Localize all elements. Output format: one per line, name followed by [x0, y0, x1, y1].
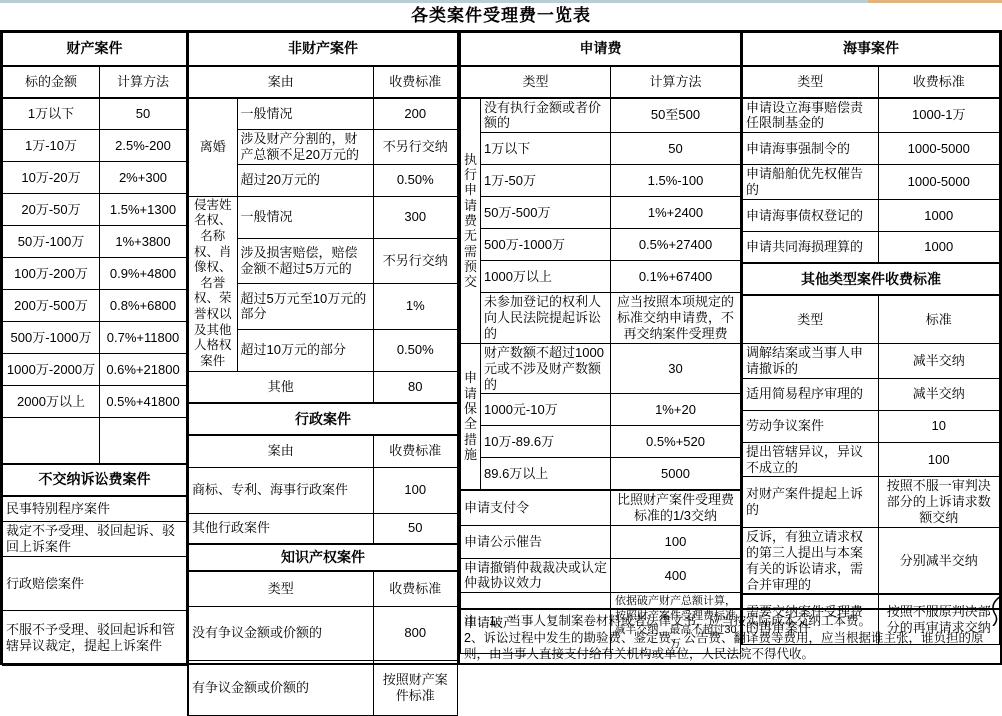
callout-brace-icon [986, 596, 1002, 626]
amount-cell: 1000万-2000万 [3, 354, 100, 386]
table-row: 申请海事强制令的1000-5000 [742, 133, 1000, 165]
cause-cell: 其他行政案件 [188, 513, 373, 544]
table-row: 未参加登记的权利人向人民法院提起诉讼的应当按照本项规定的标准交纳申请费，不再交纳… [461, 293, 741, 344]
table-row: 20万-50万1.5%+1300 [3, 194, 187, 226]
table-row: 89.6万以上5000 [461, 458, 741, 490]
fee-cell: 1% [373, 284, 458, 330]
type-cell: 申请设立海事赔偿责任限制基金的 [742, 98, 878, 133]
amount-column-header: 标的金额 [3, 66, 100, 98]
calc-cell: 1%+20 [611, 394, 741, 426]
property-section-header: 财产案件 [3, 33, 187, 66]
table-row: 商标、专利、海事行政案件100 [188, 467, 458, 513]
table-row: 离婚 一般情况 200 [188, 98, 458, 130]
no-fee-case-cell: 行政赔偿案件 [3, 557, 187, 611]
type-cell: 申请支付令 [461, 490, 611, 525]
application-fees-table: 申请费 类型 计算方法 执行申请费无需预交 没有执行金额或者价额的 50至500… [460, 32, 741, 654]
type-column-header: 类型 [742, 295, 878, 343]
cause-cell: 涉及财产分割的，财产总额不足20万元的 [237, 130, 373, 165]
cause-cell: 一般情况 [237, 196, 373, 238]
application-maritime-row: 申请费 类型 计算方法 执行申请费无需预交 没有执行金额或者价额的 50至500… [460, 32, 1000, 608]
type-cell: 没有执行金额或者价额的 [481, 98, 611, 133]
execution-fee-vertical-label: 执行申请费无需预交 [461, 98, 481, 344]
table-row: 200万-500万0.8%+6800 [3, 290, 187, 322]
standard-cell: 按照不服一审判决部分的上诉请求数额交纳 [878, 477, 1000, 528]
fee-cell: 200 [373, 98, 458, 130]
type-column-header: 类型 [461, 66, 611, 98]
method-cell: 0.5%+41800 [100, 386, 187, 418]
table-row: 申请撤销仲裁裁决或认定仲裁协议效力400 [461, 558, 741, 593]
type-cell: 没有争议金额或价额的 [188, 606, 373, 660]
method-cell: 2.5%-200 [100, 130, 187, 162]
table-row: 裁定不予受理、驳回起诉、驳回上诉案件 [3, 522, 187, 557]
type-cell: 申请海事强制令的 [742, 133, 878, 165]
no-fee-case-cell: 不服不予受理、驳回起诉和管辖异议裁定，提起上诉案件 [3, 611, 187, 666]
fee-cell: 按照财产案件标准 [373, 660, 458, 715]
standard-cell: 减半交纳 [878, 343, 1000, 378]
preservation-vertical-label: 申请保全措施 [461, 343, 481, 490]
table-row: 1万-50万1.5%-100 [461, 165, 741, 197]
method-cell: 0.9%+4800 [100, 258, 187, 290]
type-cell: 申请船舶优先权催告的 [742, 165, 878, 200]
table-row [3, 418, 187, 464]
fee-cell: 800 [373, 606, 458, 660]
type-cell: 89.6万以上 [481, 458, 611, 490]
fee-cell: 300 [373, 196, 458, 238]
table-row: 有争议金额或价额的按照财产案件标准 [188, 660, 458, 715]
footnotes: 注：1、当事人复制案卷材料或者法律文书，应当按实际成本交纳工本费。 2、诉讼过程… [460, 608, 1000, 663]
fee-cell: 1000-5000 [878, 165, 1000, 200]
calc-cell: 应当按照本项规定的标准交纳申请费，不再交纳案件受理费 [611, 293, 741, 344]
type-cell: 适用简易程序审理的 [742, 378, 878, 410]
table-row: 2000万以上0.5%+41800 [3, 386, 187, 418]
no-fee-case-cell: 裁定不予受理、驳回起诉、驳回上诉案件 [3, 522, 187, 557]
type-column-header: 类型 [742, 66, 878, 98]
maritime-section-header: 海事案件 [742, 33, 1000, 66]
type-cell: 调解结案或当事人申请撤诉的 [742, 343, 878, 378]
method-cell: 2%+300 [100, 162, 187, 194]
standard-cell: 减半交纳 [878, 378, 1000, 410]
table-row: 申请共同海损理算的1000 [742, 231, 1000, 263]
note-line-1: 注：1、当事人复制案卷材料或者法律文书，应当按实际成本交纳工本费。 [464, 613, 998, 630]
type-cell: 1000元-10万 [481, 394, 611, 426]
fee-column-header: 收费标准 [373, 571, 458, 606]
table-row: 执行申请费无需预交 没有执行金额或者价额的 50至500 [461, 98, 741, 133]
method-cell: 0.8%+6800 [100, 290, 187, 322]
cause-column-header: 案由 [188, 435, 373, 467]
amount-cell: 2000万以上 [3, 386, 100, 418]
type-cell: 对财产案件提起上诉的 [742, 477, 878, 528]
type-cell: 1万以下 [481, 133, 611, 165]
standard-column-header: 标准 [878, 295, 1000, 343]
standard-cell: 分别减半交纳 [878, 527, 1000, 594]
calc-cell: 400 [611, 558, 741, 593]
type-cell: 50万-500万 [481, 197, 611, 229]
table-row: 申请公示催告100 [461, 525, 741, 558]
page-title: 各类案件受理费一览表 [0, 3, 1002, 30]
calc-cell: 5000 [611, 458, 741, 490]
infringement-label-cell: 侵害姓名权、名称权、肖像权、名誉权、荣誉权以及其他人格权案件 [188, 196, 237, 371]
table-row: 500万-1000万0.5%+27400 [461, 229, 741, 261]
type-cell: 财产数额不超过1000元或不涉及财产数额的 [481, 343, 611, 394]
fee-cell: 0.50% [373, 329, 458, 371]
cause-column-header: 案由 [188, 66, 373, 98]
type-cell: 10万-89.6万 [481, 426, 611, 458]
calc-cell: 50 [611, 133, 741, 165]
table-row: 1万-10万2.5%-200 [3, 130, 187, 162]
type-cell: 申请撤销仲裁裁决或认定仲裁协议效力 [461, 558, 611, 593]
no-fee-section-header: 不交纳诉讼费案件 [3, 464, 187, 496]
non-property-section-header: 非财产案件 [188, 33, 458, 66]
amount-cell: 500万-1000万 [3, 322, 100, 354]
method-cell: 1%+3800 [100, 226, 187, 258]
other-types-section-header: 其他类型案件收费标准 [742, 263, 1000, 295]
cause-cell: 超过10万元的部分 [237, 329, 373, 371]
type-cell: 申请海事债权登记的 [742, 199, 878, 231]
fee-cell: 1000 [878, 231, 1000, 263]
fee-column-header: 收费标准 [878, 66, 1000, 98]
fee-cell: 1000-5000 [878, 133, 1000, 165]
fee-cell: 1000-1万 [878, 98, 1000, 133]
type-cell: 有争议金额或价额的 [188, 660, 373, 715]
method-cell: 0.7%+11800 [100, 322, 187, 354]
calc-cell: 0.5%+520 [611, 426, 741, 458]
table-row: 10万-20万2%+300 [3, 162, 187, 194]
cause-cell: 商标、专利、海事行政案件 [188, 467, 373, 513]
type-column-header: 类型 [188, 571, 373, 606]
table-row: 申请保全措施 财产数额不超过1000元或不涉及财产数额的 30 [461, 343, 741, 394]
type-cell: 1万-50万 [481, 165, 611, 197]
type-cell: 提出管辖异议，异议不成立的 [742, 442, 878, 477]
application-section-header: 申请费 [461, 33, 741, 66]
standard-cell: 10 [878, 410, 1000, 442]
amount-cell: 50万-100万 [3, 226, 100, 258]
fee-cell: 不另行交纳 [373, 238, 458, 284]
table-row: 100万-200万0.9%+4800 [3, 258, 187, 290]
table-row: 1000万-2000万0.6%+21800 [3, 354, 187, 386]
admin-section-header: 行政案件 [188, 403, 458, 435]
table-row: 申请船舶优先权催告的1000-5000 [742, 165, 1000, 200]
table-row: 其他 80 [188, 371, 458, 403]
fee-cell: 0.50% [373, 164, 458, 196]
calc-column-header: 计算方法 [611, 66, 741, 98]
method-cell: 0.6%+21800 [100, 354, 187, 386]
calc-cell: 50至500 [611, 98, 741, 133]
table-row: 1万以下50 [3, 98, 187, 130]
fee-column-header: 收费标准 [373, 435, 458, 467]
type-cell: 反诉，有独立请求权的第三人提出与本案有关的诉讼请求，需合并审理的 [742, 527, 878, 594]
method-cell: 1.5%+1300 [100, 194, 187, 226]
table-row: 1万以下50 [461, 133, 741, 165]
fee-column-header: 收费标准 [373, 66, 458, 98]
table-row: 适用简易程序审理的减半交纳 [742, 378, 1000, 410]
table-row: 调解结案或当事人申请撤诉的减半交纳 [742, 343, 1000, 378]
cause-cell: 涉及损害赔偿，赔偿金额不超过5万元的 [237, 238, 373, 284]
table-row: 没有争议金额或价额的800 [188, 606, 458, 660]
amount-cell: 10万-20万 [3, 162, 100, 194]
amount-cell: 100万-200万 [3, 258, 100, 290]
amount-cell: 200万-500万 [3, 290, 100, 322]
table-row: 提出管辖异议，异议不成立的100 [742, 442, 1000, 477]
calc-cell: 比照财产案件受理费标准的1/3交纳 [611, 490, 741, 525]
table-row: 1000万以上0.1%+67400 [461, 261, 741, 293]
type-cell: 1000万以上 [481, 261, 611, 293]
calc-cell: 0.1%+67400 [611, 261, 741, 293]
table-row: 10万-89.6万0.5%+520 [461, 426, 741, 458]
amount-cell: 1万以下 [3, 98, 100, 130]
amount-cell: 20万-50万 [3, 194, 100, 226]
method-column-header: 计算方法 [100, 66, 187, 98]
note-line-2: 2、诉讼过程中发生的勘验费、鉴定费、公告费、翻译费等费用，应当根据谁主张，谁负担… [464, 630, 998, 663]
cause-cell: 其他 [188, 371, 373, 403]
right-section: 申请费 类型 计算方法 执行申请费无需预交 没有执行金额或者价额的 50至500… [458, 32, 1000, 663]
type-cell: 500万-1000万 [481, 229, 611, 261]
fee-table: 财产案件 标的金额 计算方法 1万以下50 1万-10万2.5%-200 10万… [0, 30, 1002, 665]
cause-cell: 超过5万元至10万元的部分 [237, 284, 373, 330]
divorce-label-cell: 离婚 [188, 98, 237, 197]
no-fee-case-cell: 民事特别程序案件 [3, 496, 187, 522]
cause-cell: 一般情况 [237, 98, 373, 130]
calc-cell: 1.5%-100 [611, 165, 741, 197]
fee-cell: 不另行交纳 [373, 130, 458, 165]
amount-cell [3, 418, 100, 464]
fee-cell: 80 [373, 371, 458, 403]
table-row: 劳动争议案件10 [742, 410, 1000, 442]
table-row: 申请海事债权登记的1000 [742, 199, 1000, 231]
non-property-cases-table: 非财产案件 案由 收费标准 离婚 一般情况 200 涉及财产分割的，财产总额不足… [187, 32, 458, 716]
ip-section-header: 知识产权案件 [188, 544, 458, 571]
property-cases-table: 财产案件 标的金额 计算方法 1万以下50 1万-10万2.5%-200 10万… [2, 32, 187, 666]
table-row: 对财产案件提起上诉的按照不服一审判决部分的上诉请求数额交纳 [742, 477, 1000, 528]
table-row: 50万-100万1%+3800 [3, 226, 187, 258]
fee-cell: 100 [373, 467, 458, 513]
table-row: 申请设立海事赔偿责任限制基金的1000-1万 [742, 98, 1000, 133]
table-row: 反诉，有独立请求权的第三人提出与本案有关的诉讼请求，需合并审理的分别减半交纳 [742, 527, 1000, 594]
calc-cell: 1%+2400 [611, 197, 741, 229]
table-row: 1000元-10万1%+20 [461, 394, 741, 426]
table-row: 其他行政案件50 [188, 513, 458, 544]
standard-cell: 100 [878, 442, 1000, 477]
fee-cell: 1000 [878, 199, 1000, 231]
table-row: 不服不予受理、驳回起诉和管辖异议裁定，提起上诉案件 [3, 611, 187, 666]
method-cell [100, 418, 187, 464]
type-cell: 申请共同海损理算的 [742, 231, 878, 263]
table-row: 民事特别程序案件 [3, 496, 187, 522]
type-cell: 申请公示催告 [461, 525, 611, 558]
calc-cell: 30 [611, 343, 741, 394]
calc-cell: 0.5%+27400 [611, 229, 741, 261]
table-row: 行政赔偿案件 [3, 557, 187, 611]
method-cell: 50 [100, 98, 187, 130]
table-row: 侵害姓名权、名称权、肖像权、名誉权、荣誉权以及其他人格权案件 一般情况 300 [188, 196, 458, 238]
amount-cell: 1万-10万 [3, 130, 100, 162]
maritime-cases-table: 海事案件 类型 收费标准 申请设立海事赔偿责任限制基金的1000-1万 申请海事… [741, 32, 1000, 645]
cause-cell: 超过20万元的 [237, 164, 373, 196]
fee-cell: 50 [373, 513, 458, 544]
table-row: 50万-500万1%+2400 [461, 197, 741, 229]
table-row: 申请支付令比照财产案件受理费标准的1/3交纳 [461, 490, 741, 525]
type-cell: 未参加登记的权利人向人民法院提起诉讼的 [481, 293, 611, 344]
type-cell: 劳动争议案件 [742, 410, 878, 442]
calc-cell: 100 [611, 525, 741, 558]
table-row: 500万-1000万0.7%+11800 [3, 322, 187, 354]
